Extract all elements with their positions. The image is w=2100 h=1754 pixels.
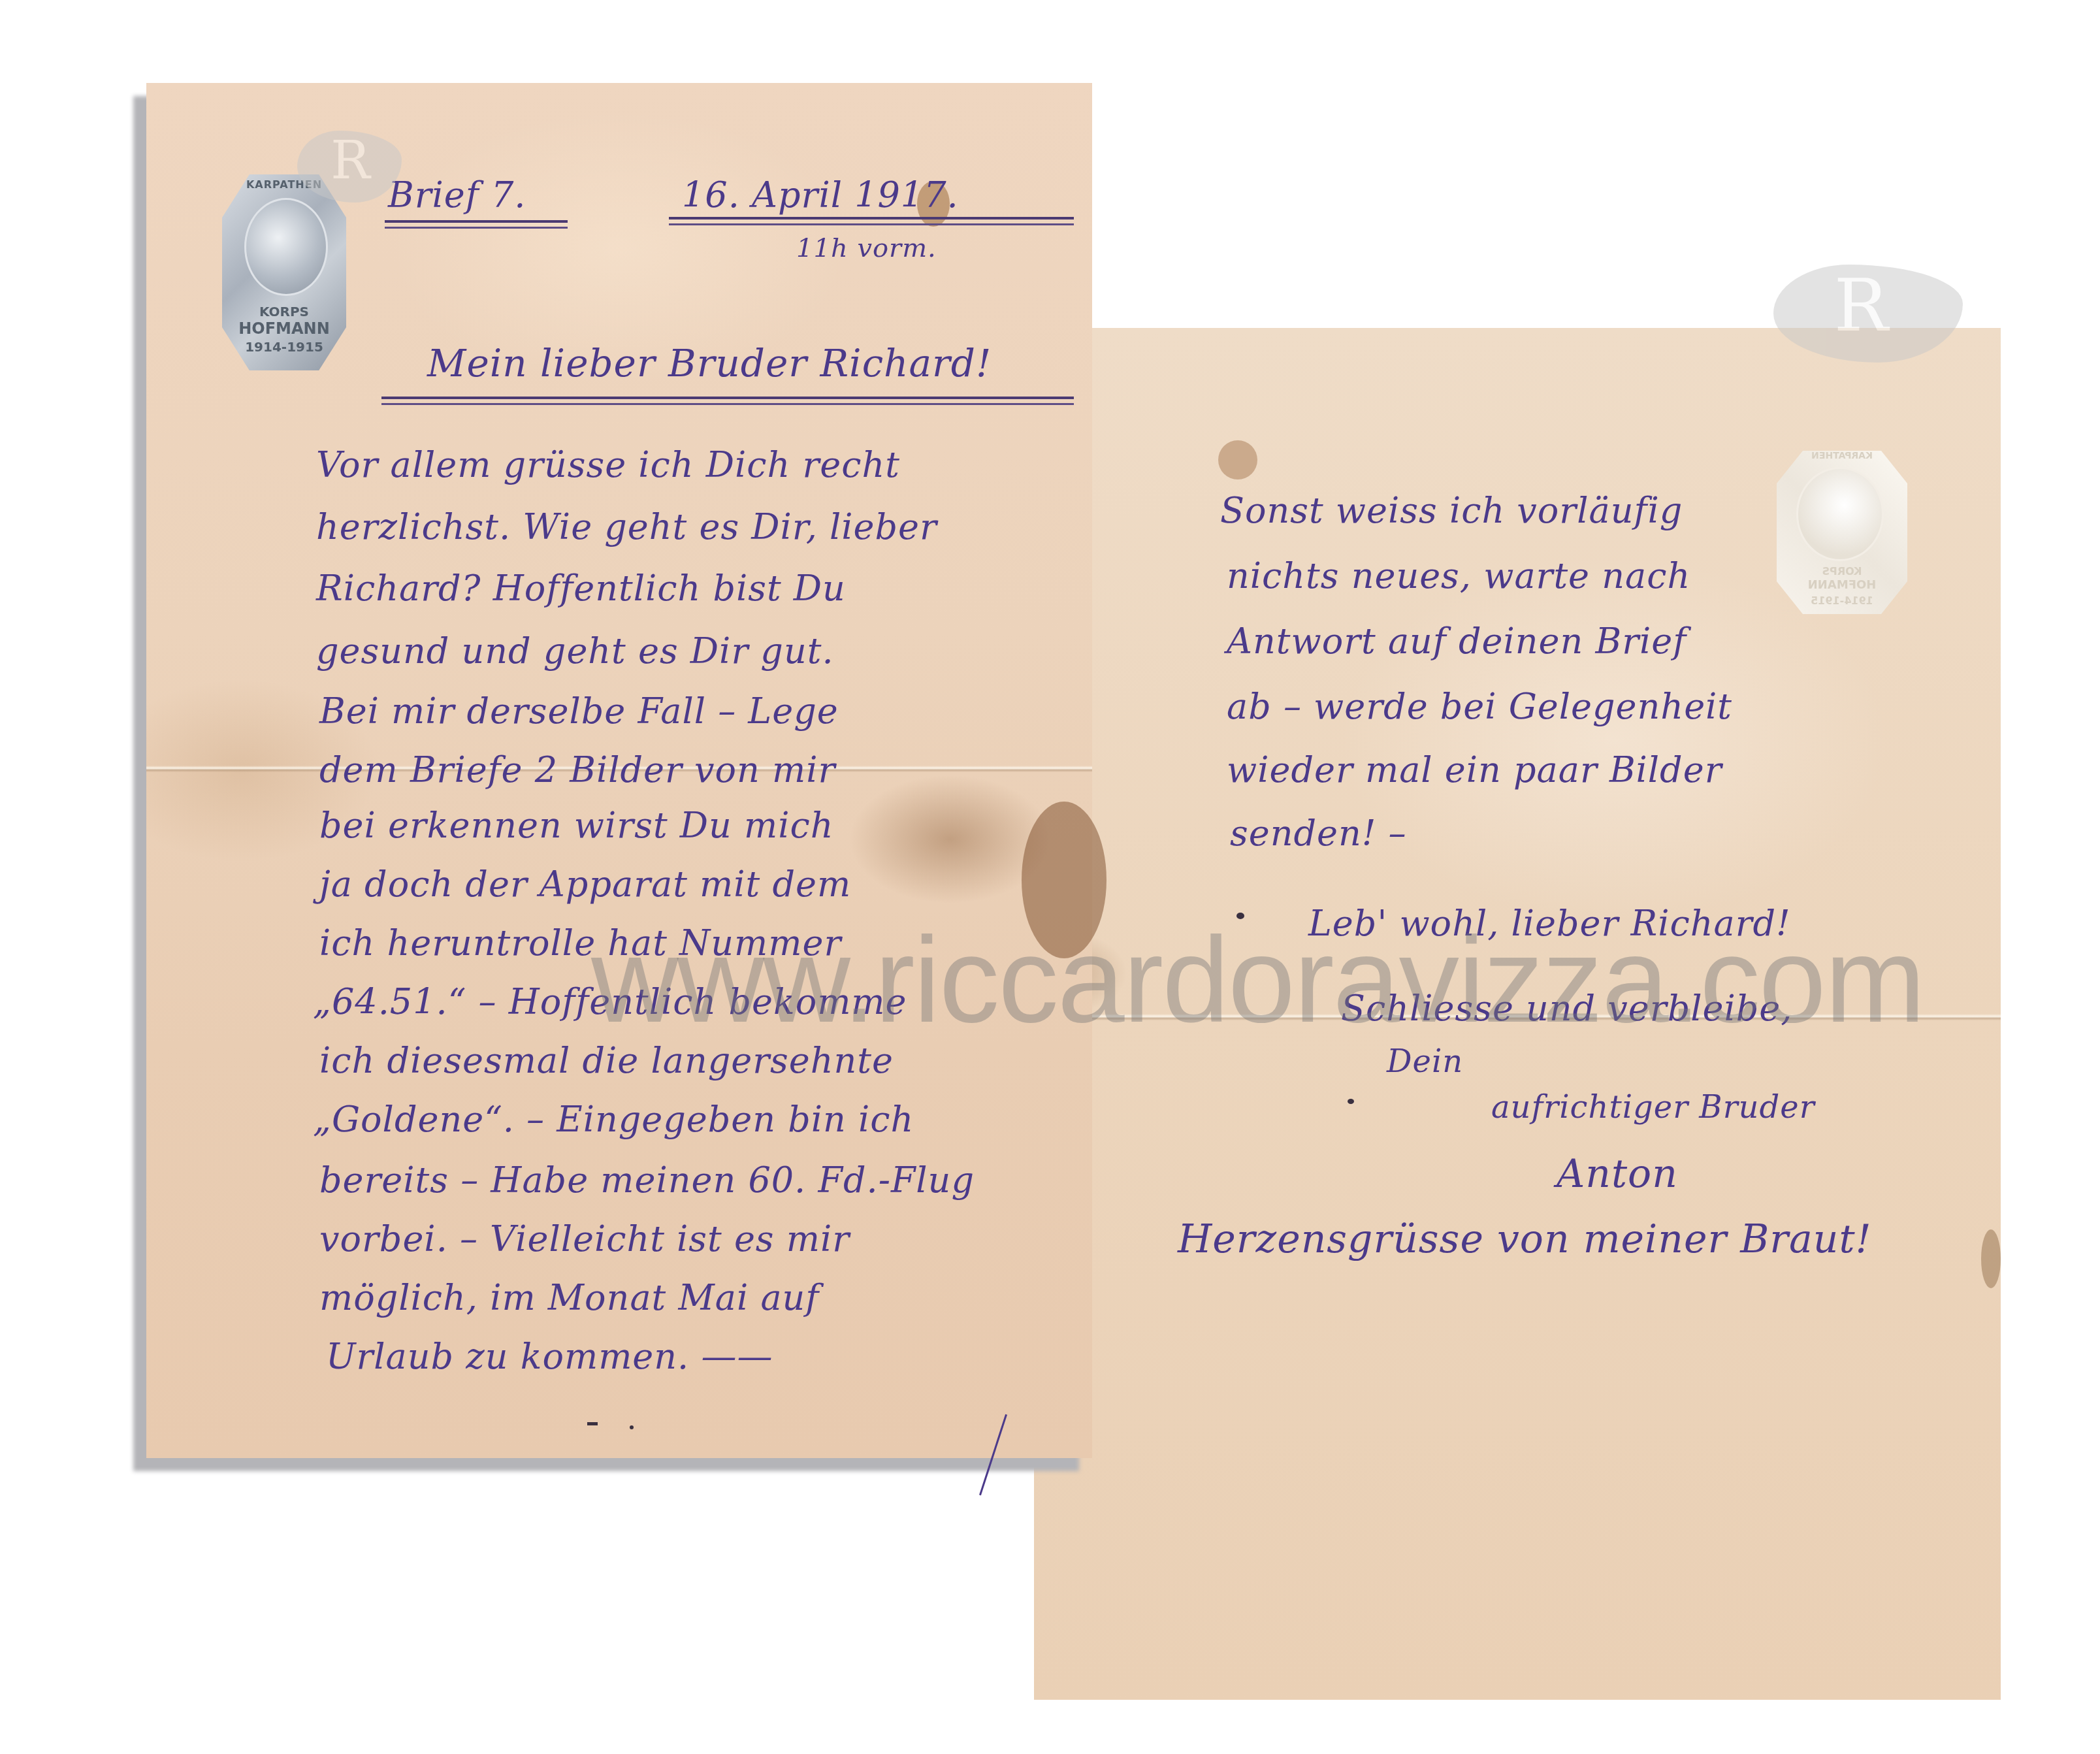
body-line: Antwort auf deinen Brief xyxy=(1227,621,1687,662)
body-line: Richard? Hoffentlich bist Du xyxy=(316,568,846,609)
embossed-emblem: KARPATHEN KORPS HOFMANN 1914-1915 xyxy=(1777,451,1907,614)
signature: Anton xyxy=(1557,1151,1678,1197)
closing-brother: aufrichtiger Bruder xyxy=(1491,1089,1815,1126)
pen-stroke xyxy=(979,1414,1007,1496)
body-line: bereits – Habe meinen 60. Fd.-Flug xyxy=(319,1160,975,1201)
underline xyxy=(385,220,568,229)
body-line: Bei mir derselbe Fall – Lege xyxy=(319,690,839,732)
body-line: dem Briefe 2 Bilder von mir xyxy=(319,749,835,790)
letter-number: Brief 7. xyxy=(388,174,526,216)
watermark-logo: R xyxy=(1773,265,1963,363)
emblem-line1: KORPS xyxy=(1777,565,1907,577)
stain xyxy=(1981,1229,2001,1288)
body-line: vorbei. – Vielleicht ist es mir xyxy=(319,1218,850,1259)
watermark-logo: R xyxy=(297,131,402,203)
body-line: gesund und geht es Dir gut. xyxy=(316,630,834,672)
body-line: herzlichst. Wie geht es Dir, lieber xyxy=(316,506,937,547)
emblem-line3: 1914-1915 xyxy=(222,339,346,355)
medallion-portrait xyxy=(244,198,328,296)
ink-speck xyxy=(1348,1099,1354,1104)
salutation: Mein lieber Bruder Richard! xyxy=(427,341,992,385)
body-line: ab – werde bei Gelegenheit xyxy=(1227,686,1732,727)
body-line: nichts neues, warte nach xyxy=(1227,555,1690,596)
body-line: bei erkennen wirst Du mich xyxy=(319,805,833,846)
underline xyxy=(669,217,1074,225)
emblem-line2: HOFMANN xyxy=(222,319,346,338)
emblem-line3: 1914-1915 xyxy=(1777,594,1907,607)
letter-page-1: KARPATHEN KORPS HOFMANN 1914-1915 Brief … xyxy=(146,83,1092,1458)
ink-speck xyxy=(630,1425,634,1429)
body-line: Urlaub zu kommen. —— xyxy=(326,1336,773,1377)
body-line: senden! – xyxy=(1230,813,1407,854)
letter-date: 16. April 1917. xyxy=(682,174,959,216)
stain xyxy=(1218,440,1257,479)
silver-emblem: KARPATHEN KORPS HOFMANN 1914-1915 xyxy=(222,174,346,370)
body-line: möglich, im Monat Mai auf xyxy=(319,1277,819,1318)
watermark-logo-letter: R xyxy=(1834,270,1888,342)
body-line: Sonst weiss ich vorläufig xyxy=(1220,490,1683,531)
underline xyxy=(381,397,1074,405)
emblem-top-text: KARPATHEN xyxy=(1777,451,1907,461)
postscript: Herzensgrüsse von meiner Braut! xyxy=(1178,1216,1872,1262)
watermark-logo-letter: R xyxy=(331,135,370,187)
body-line: ja doch der Apparat mit dem xyxy=(319,864,851,905)
body-line: wieder mal ein paar Bilder xyxy=(1227,749,1722,790)
medallion-portrait xyxy=(1796,467,1884,561)
watermark-text: www.riccardoravizza.com xyxy=(591,911,1924,1050)
body-line: „Goldene“. – Eingegeben bin ich xyxy=(313,1099,914,1140)
letter-time: 11h vorm. xyxy=(796,233,937,263)
emblem-line1: KORPS xyxy=(222,304,346,319)
body-line: Vor allem grüsse ich Dich recht xyxy=(316,444,900,485)
ink-speck xyxy=(587,1422,598,1425)
emblem-line2: HOFMANN xyxy=(1777,578,1907,592)
